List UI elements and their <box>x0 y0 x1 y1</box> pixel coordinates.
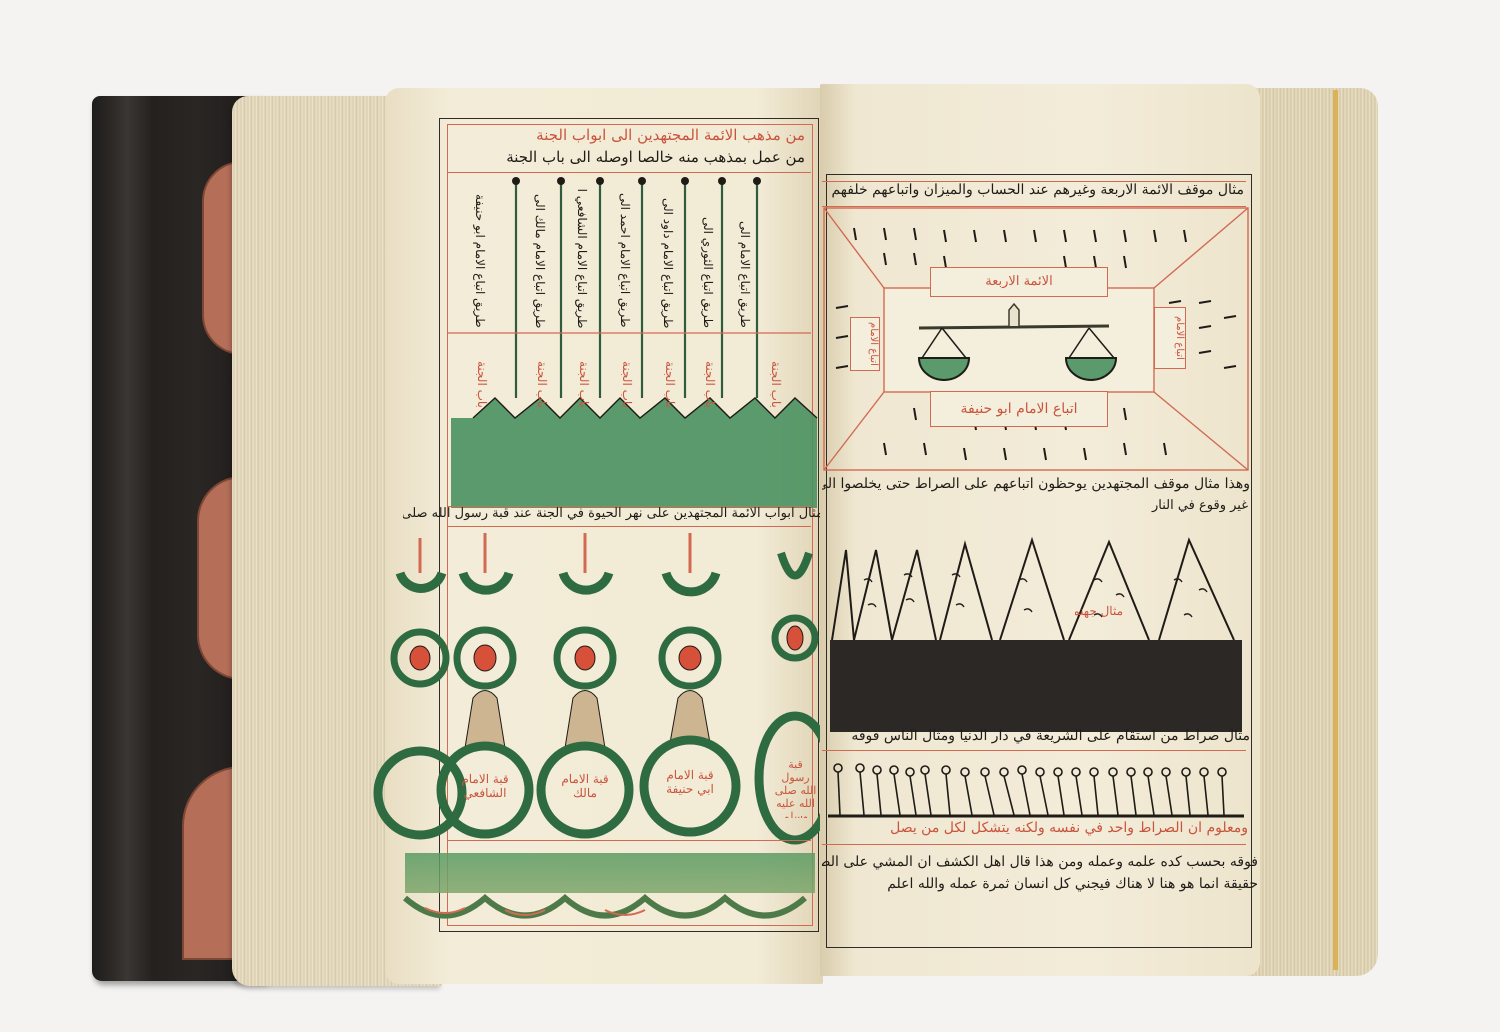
mid-caption: مثال ابواب الائمة المجتهدين على نهر الحي… <box>403 506 823 521</box>
door-label: باب الجنة <box>571 338 591 408</box>
left-page: من مذهب الائمة المجتهدين الى ابواب الجنة… <box>385 88 823 984</box>
door-label: باب الجنة <box>469 338 489 408</box>
door-label: باب الجنة <box>529 338 549 408</box>
bridge-diagram <box>824 760 1248 820</box>
path-label: طريق اتباع الامام ابو حنيفة <box>465 188 487 328</box>
dome-label: قبة رسول الله صلى الله عليه وسلم <box>773 758 818 818</box>
dome-label: قبة الامام ابي حنيفة <box>657 768 723 818</box>
footer-line-2: حقيقة انما هو هنا لا هناك فيجني كل انسان… <box>822 876 1258 892</box>
hell-diagram <box>824 520 1248 730</box>
dome-label: قبة الامام مالك <box>555 772 615 822</box>
path-label: طريق اتباع الثوري الى <box>693 188 715 328</box>
garland-ornament <box>385 888 823 968</box>
path-label: طريق اتباع الامام احمد الى <box>610 188 632 328</box>
paths-diagram <box>385 88 823 508</box>
red-note: ومعلوم ان الصراط واحد في نفسه ولكنه يتشك… <box>822 820 1248 836</box>
path-label: طريق اتباع الامام الشافعي الى <box>567 188 589 328</box>
door-label: باب الجنة <box>697 338 717 408</box>
right-page: مثال موقف الائمة الاربعة وغيرهم عند الحس… <box>820 84 1260 976</box>
scale-left-label: اتباع الامام <box>850 317 880 371</box>
gilt-edge <box>1333 90 1338 970</box>
scale-top-label: الائمة الاربعة <box>930 267 1108 297</box>
page-edges-right <box>1240 88 1378 976</box>
hell-label: مثال جهنم <box>1075 604 1123 618</box>
path-label: طريق اتباع الامام الى <box>730 188 752 328</box>
scale-right-label: اتباع الامام <box>1154 307 1186 369</box>
footer-line-1: فوقه بحسب كده علمه وعمله ومن هذا قال اهل… <box>822 854 1258 870</box>
door-label: باب الجنة <box>614 338 634 408</box>
dome-label: قبة الامام الشافعي <box>455 772 515 822</box>
caption-standing-2: غير وقوع في النار <box>1120 498 1248 513</box>
path-label: طريق اتباع الامام داود الى <box>653 188 675 328</box>
caption-standing: وهذا مثال موقف المجتهدين يوحظون اتباعهم … <box>822 476 1250 492</box>
green-band <box>405 853 815 893</box>
caption-bridge: مثال صراط من استقام على الشريعة في دار ا… <box>822 728 1250 744</box>
scale-bottom-label: اتباع الامام ابو حنيفة <box>930 391 1108 427</box>
right-header: مثال موقف الائمة الاربعة وغيرهم عند الحس… <box>824 182 1244 198</box>
path-label: طريق اتباع الامام مالك الى <box>525 188 547 328</box>
door-label: باب الجنة <box>763 338 783 408</box>
door-label: باب الجنة <box>657 338 677 408</box>
